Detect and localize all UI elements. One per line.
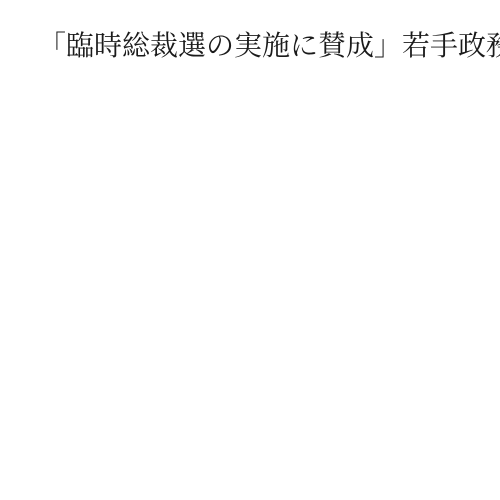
article-headline: 「臨時総裁選の実施に賛成」若手政務官ら [0,0,500,63]
article-page: 「臨時総裁選の実施に賛成」若手政務官ら [0,0,500,500]
